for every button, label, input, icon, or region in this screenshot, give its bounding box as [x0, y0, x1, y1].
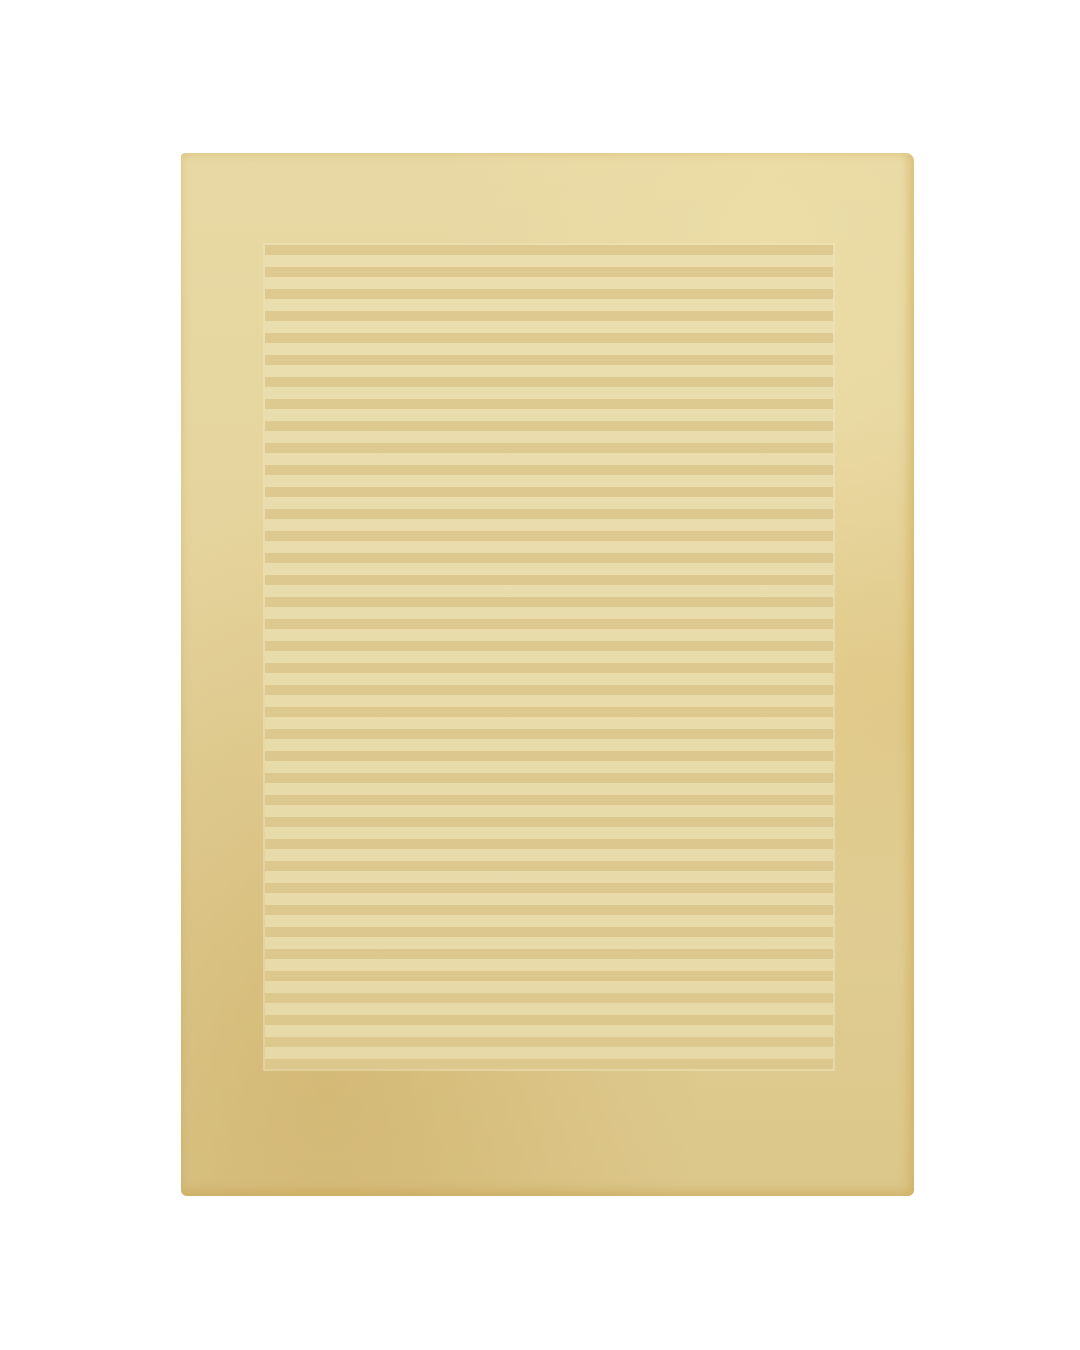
rug [181, 153, 914, 1196]
rug-striped-center-panel [265, 245, 833, 1069]
